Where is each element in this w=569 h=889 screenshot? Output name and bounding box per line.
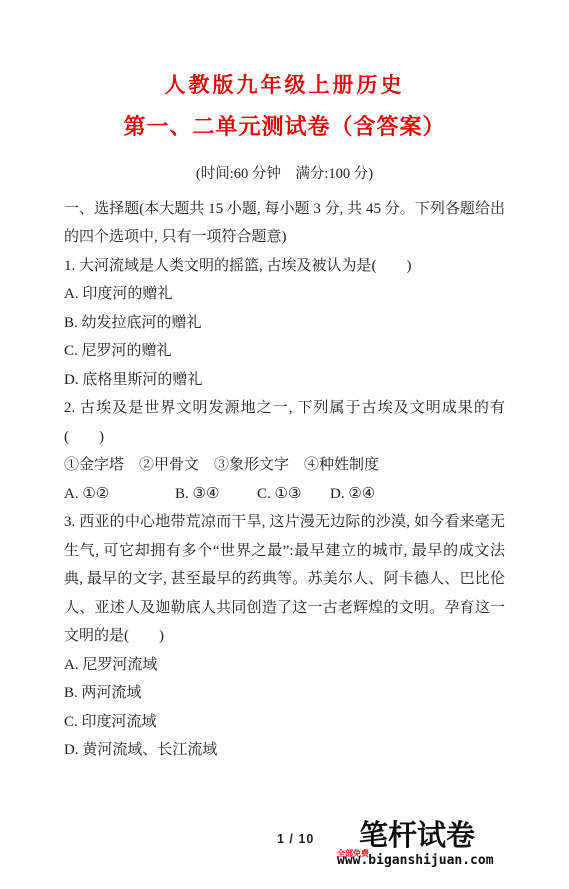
question-2-option-b: B. ③④ <box>175 480 257 509</box>
doc-title: 人教版九年级上册历史 <box>0 0 569 99</box>
question-2-option-a: A. ①② <box>64 480 175 509</box>
question-3: 3. 西亚的中心地带荒凉而干旱, 这片漫无边际的沙漠, 如今看来毫无生气, 可它… <box>64 508 505 765</box>
question-2-sub-items: ①金字塔 ②甲骨文 ③象形文字 ④种姓制度 <box>64 451 505 480</box>
question-1-option-c: C. 尼罗河的赠礼 <box>64 337 505 366</box>
brand-logo-text: 笔杆试卷 <box>359 818 494 854</box>
question-3-option-a: A. 尼罗河流域 <box>64 651 505 680</box>
test-paper-page: 人教版九年级上册历史 第一、二单元测试卷（含答案） (时间:60 分钟 满分:1… <box>0 0 569 889</box>
question-1-option-a: A. 印度河的赠礼 <box>64 280 505 309</box>
doc-subtitle: 第一、二单元测试卷（含答案） <box>0 113 569 142</box>
question-2-text: 2. 古埃及是世界文明发源地之一, 下列属于古埃及文明成果的有( ) <box>64 394 505 451</box>
question-3-option-d: D. 黄河流域、长江流域 <box>64 736 505 765</box>
question-1: 1. 大河流域是人类文明的摇篮, 古埃及被认为是( ) A. 印度河的赠礼 B.… <box>64 252 505 395</box>
question-1-option-b: B. 幼发拉底河的赠礼 <box>64 309 505 338</box>
doc-header: 人教版九年级上册历史 第一、二单元测试卷（含答案） (时间:60 分钟 满分:1… <box>0 0 569 184</box>
brand-watermark: 笔杆试卷 全部免费 www.biganshijuan.com <box>337 818 494 869</box>
question-2-option-c: C. ①③ <box>257 480 330 509</box>
brand-free-badge: 全部免费 <box>337 849 369 858</box>
question-2: 2. 古埃及是世界文明发源地之一, 下列属于古埃及文明成果的有( ) ①金字塔 … <box>64 394 505 508</box>
doc-body: 一、选择题(本大题共 15 小题, 每小题 3 分, 共 45 分。下列各题给出… <box>64 195 505 765</box>
question-3-option-b: B. 两河流域 <box>64 679 505 708</box>
question-2-options-row: A. ①②B. ③④C. ①③D. ②④ <box>64 480 505 509</box>
time-score-line: (时间:60 分钟 满分:100 分) <box>0 165 569 184</box>
page-number-indicator: 1 / 10 <box>277 832 314 846</box>
section-heading: 一、选择题(本大题共 15 小题, 每小题 3 分, 共 45 分。下列各题给出… <box>64 195 505 252</box>
question-1-option-d: D. 底格里斯河的赠礼 <box>64 366 505 395</box>
question-2-option-d: D. ②④ <box>330 480 375 509</box>
question-3-option-c: C. 印度河流域 <box>64 708 505 737</box>
question-3-text: 3. 西亚的中心地带荒凉而干旱, 这片漫无边际的沙漠, 如今看来毫无生气, 可它… <box>64 508 505 651</box>
question-1-text: 1. 大河流域是人类文明的摇篮, 古埃及被认为是( ) <box>64 252 505 281</box>
